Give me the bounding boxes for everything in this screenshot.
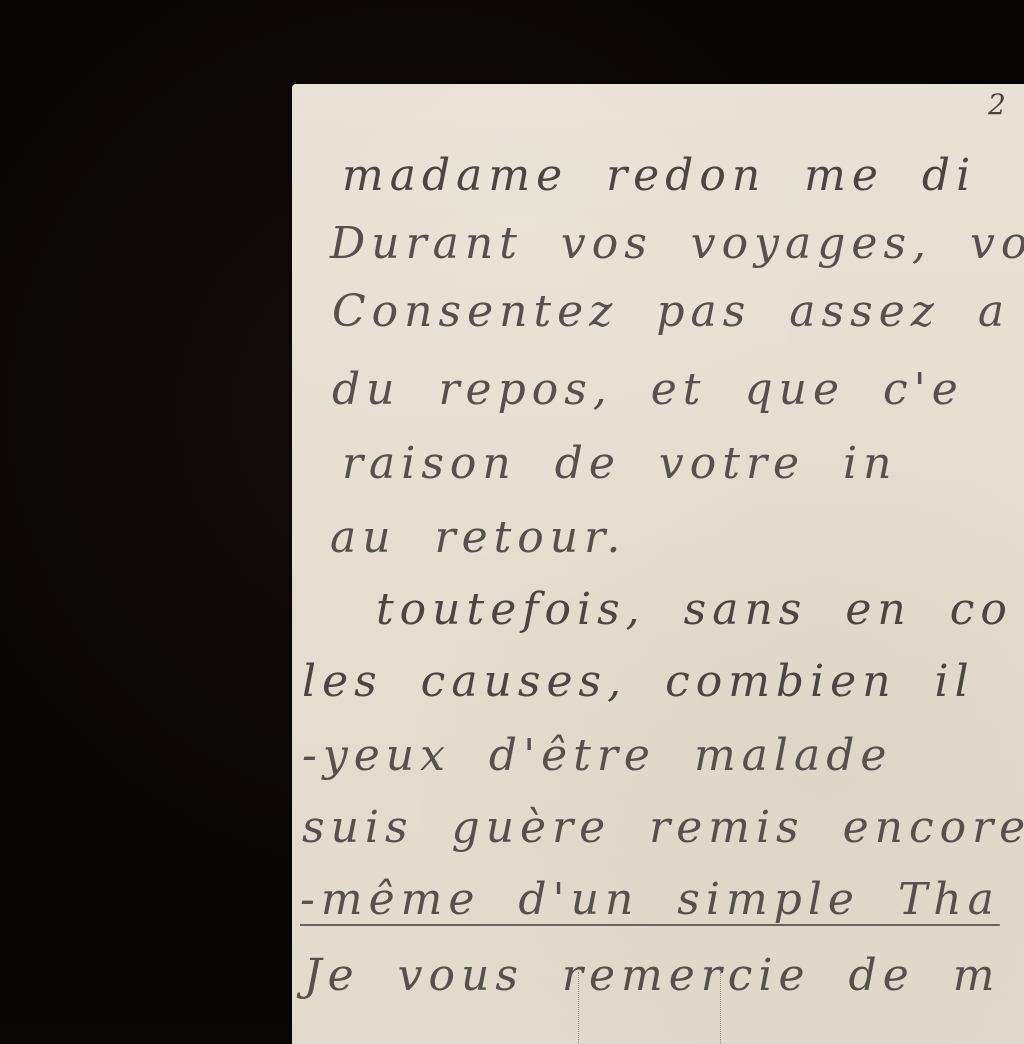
dotted-fold-mark — [720, 972, 721, 1024]
letter-line-5: raison de votre in — [342, 442, 897, 486]
letter-line-1: madame redon me di — [342, 154, 976, 198]
letter-line-6: au retour. — [330, 516, 626, 560]
page-number: 2 — [988, 88, 1006, 121]
letter-line-7: toutefois, sans en co — [376, 588, 1013, 632]
letter-line-10: suis guère remis encore — [302, 806, 1024, 850]
letter-line-2: Durant vos voyages, vo — [330, 222, 1024, 266]
letter-line-11-underlined: -même d'un simple Tha — [300, 878, 1000, 922]
dotted-fold-mark — [578, 972, 579, 1024]
letter-line-3: Consentez pas assez a — [332, 290, 1010, 334]
letter-page: 2 madame redon me di Durant vos voyages,… — [292, 84, 1024, 1024]
letter-line-4: du repos, et que c'e — [332, 368, 964, 412]
letter-line-9: -yeux d'être malade — [302, 734, 892, 778]
letter-line-12: Je vous remercie de m — [304, 954, 1000, 998]
letter-line-8: les causes, combien il — [302, 660, 975, 704]
